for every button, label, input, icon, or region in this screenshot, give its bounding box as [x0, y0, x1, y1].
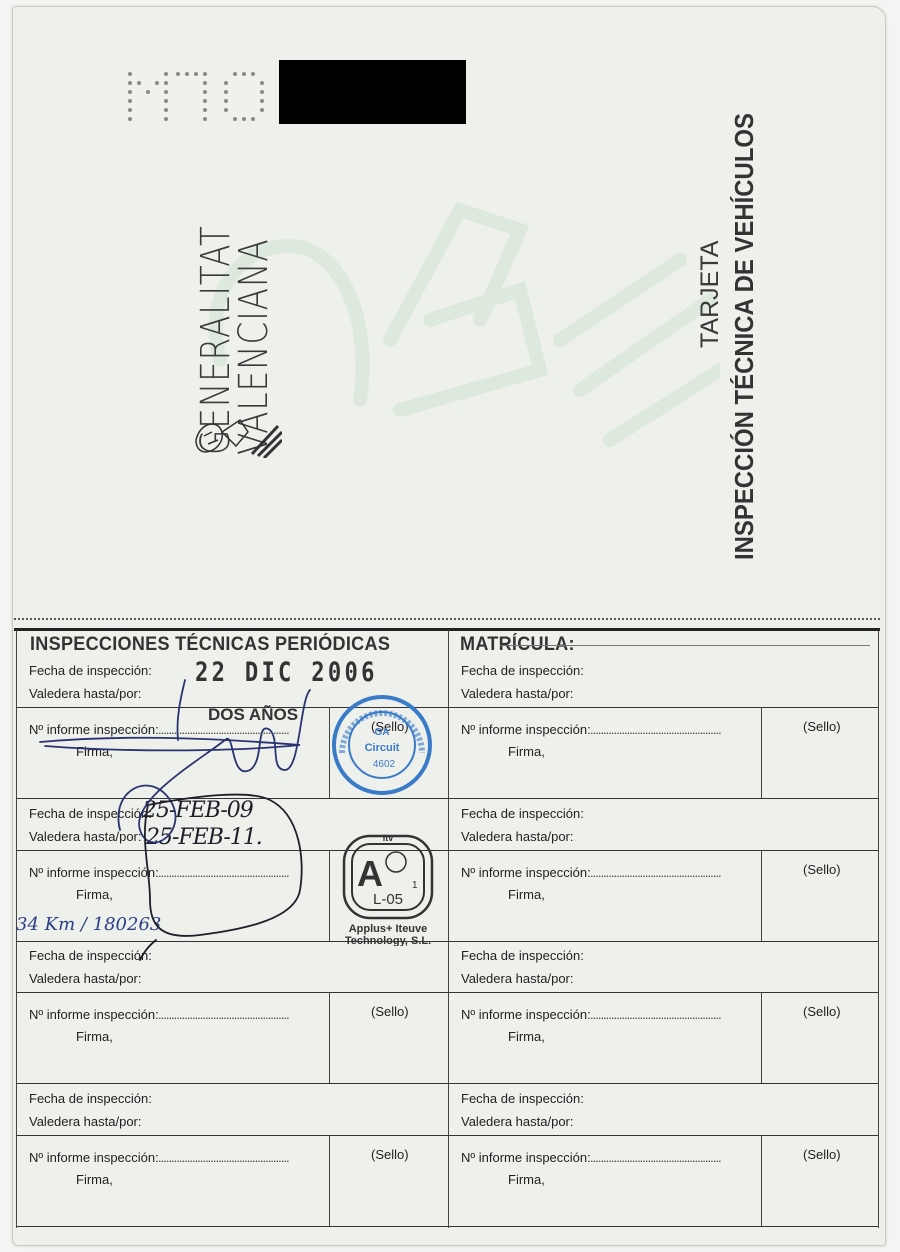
card-title: TARJETA INSPECCIÓN TÉCNICA DE VEHÍCULOS — [698, 74, 757, 560]
svg-text:Circuit: Circuit — [365, 742, 400, 754]
grid-right-border — [878, 630, 879, 1228]
mileage-annotation: 34 Km / 180263 — [16, 914, 161, 935]
entry-4-valedera-label: Valedera hasta/por: — [461, 829, 574, 844]
itv-stamp-icon: itv A 1 L-05 Applus+ Iteuve Technology, … — [338, 828, 438, 946]
redacted-serial — [279, 60, 466, 124]
entry-1-valedera-label: Valedera hasta/por: — [29, 686, 142, 701]
entry-3-sello-divider — [329, 850, 330, 941]
entry-4-informe-label: Nº informe inspección: — [461, 865, 591, 880]
entry-5-sello-divider — [329, 992, 330, 1083]
svg-text:A: A — [357, 853, 383, 894]
svg-text:1: 1 — [412, 880, 418, 891]
entry-4-sello-divider — [761, 850, 762, 941]
entry-3-firma-label: Firma, — [76, 887, 113, 902]
entry-8-informe-field[interactable]: ........................................… — [590, 1150, 721, 1165]
entry-3-valedera-label: Valedera hasta/por: — [29, 829, 142, 844]
entry-3-informe-field[interactable]: ........................................… — [158, 865, 289, 880]
entry-7-bottom-rule — [16, 1226, 448, 1227]
grid-center-divider — [448, 630, 449, 1228]
entry-5-divider — [16, 992, 448, 993]
svg-text:Technology, S.L.: Technology, S.L. — [345, 935, 431, 946]
blue-stamp-icon: GA Circuit 4602 — [330, 693, 434, 797]
entry-6-informe-label: Nº informe inspección: — [461, 1007, 591, 1022]
entry-2-sello-divider — [761, 707, 762, 798]
section-title: INSPECCIONES TÉCNICAS PERIÓDICAS — [30, 634, 390, 656]
entry-5-informe-label: Nº informe inspección: — [29, 1007, 159, 1022]
entry-5-informe-field[interactable]: ........................................… — [158, 1007, 289, 1022]
entry-8-valedera-label: Valedera hasta/por: — [461, 1114, 574, 1129]
entry-6-divider — [448, 992, 878, 993]
entry-6-sello-divider — [761, 992, 762, 1083]
entry-6-sello-label: (Sello) — [803, 1004, 841, 1019]
entry-6-valedera-label: Valedera hasta/por: — [461, 971, 574, 986]
entry-7-informe-label: Nº informe inspección: — [29, 1150, 159, 1165]
entry-7-divider — [16, 1135, 448, 1136]
form-top-rule — [14, 628, 880, 631]
entry-8-informe-label: Nº informe inspección: — [461, 1150, 591, 1165]
svg-text:L-05: L-05 — [373, 891, 403, 908]
entry-3-informe-label: Nº informe inspección: — [29, 865, 159, 880]
card-title-line1: TARJETA — [698, 74, 723, 348]
entry-6-informe-field[interactable]: ........................................… — [590, 1007, 721, 1022]
entry-4-sello-label: (Sello) — [803, 862, 841, 877]
perforation-line — [14, 618, 880, 620]
entry-1-firma-label: Firma, — [76, 744, 113, 759]
entry-4-firma-label: Firma, — [508, 887, 545, 902]
entry-5-sello-label: (Sello) — [371, 1004, 409, 1019]
entry-2-firma-label: Firma, — [508, 744, 545, 759]
entry-2-sello-label: (Sello) — [803, 719, 841, 734]
svg-text:Applus+ Iteuve: Applus+ Iteuve — [349, 923, 428, 935]
entry-5-bottom-rule — [16, 1083, 448, 1084]
generalitat-crest-icon — [192, 410, 282, 458]
entry-2-valedera-label: Valedera hasta/por: — [461, 686, 574, 701]
entry-2-fecha-value: 25-FEB-09 — [143, 798, 253, 823]
entry-2-fecha-label: Fecha de inspección: — [461, 663, 584, 678]
entry-7-sello-label: (Sello) — [371, 1147, 409, 1162]
svg-text:GA: GA — [375, 727, 390, 738]
card-title-line2: INSPECCIÓN TÉCNICA DE VEHÍCULOS — [731, 113, 757, 560]
entry-2-valedera-value: 25-FEB-11. — [146, 825, 262, 850]
entry-7-fecha-label: Fecha de inspección: — [29, 1091, 152, 1106]
plate-field[interactable] — [500, 645, 870, 646]
entry-5-firma-label: Firma, — [76, 1029, 113, 1044]
entry-2-informe-field[interactable]: ........................................… — [590, 722, 721, 737]
entry-8-sello-label: (Sello) — [803, 1147, 841, 1162]
entry-7-informe-field[interactable]: ........................................… — [158, 1150, 289, 1165]
svg-text:4602: 4602 — [373, 759, 396, 770]
entry-5-fecha-label: Fecha de inspección: — [29, 948, 152, 963]
entry-6-firma-label: Firma, — [508, 1029, 545, 1044]
entry-6-bottom-rule — [448, 1083, 878, 1084]
entry-3-fecha-label: Fecha de inspección: — [29, 806, 152, 821]
entry-1-fecha-value: 22 DIC 2006 — [195, 657, 378, 688]
entry-8-fecha-label: Fecha de inspección: — [461, 1091, 584, 1106]
entry-8-sello-divider — [761, 1135, 762, 1226]
entry-2-informe-label: Nº informe inspección: — [461, 722, 591, 737]
entry-2-bottom-rule — [448, 798, 878, 799]
entry-2-divider — [448, 707, 878, 708]
entry-7-sello-divider — [329, 1135, 330, 1226]
entry-4-informe-field[interactable]: ........................................… — [590, 865, 721, 880]
entry-8-divider — [448, 1135, 878, 1136]
svg-text:itv: itv — [383, 833, 394, 843]
entry-6-fecha-label: Fecha de inspección: — [461, 948, 584, 963]
entry-4-bottom-rule — [448, 941, 878, 942]
entry-1-fecha-label: Fecha de inspección: — [29, 663, 152, 678]
entry-8-bottom-rule — [448, 1226, 878, 1227]
entry-1-informe-label: Nº informe inspección: — [29, 722, 159, 737]
entry-4-fecha-label: Fecha de inspección: — [461, 806, 584, 821]
entry-7-valedera-label: Valedera hasta/por: — [29, 1114, 142, 1129]
entry-4-divider — [448, 850, 878, 851]
entry-1-valedera-value: DOS AÑOS — [208, 705, 298, 725]
entry-8-firma-label: Firma, — [508, 1172, 545, 1187]
entry-5-valedera-label: Valedera hasta/por: — [29, 971, 142, 986]
entry-7-firma-label: Firma, — [76, 1172, 113, 1187]
